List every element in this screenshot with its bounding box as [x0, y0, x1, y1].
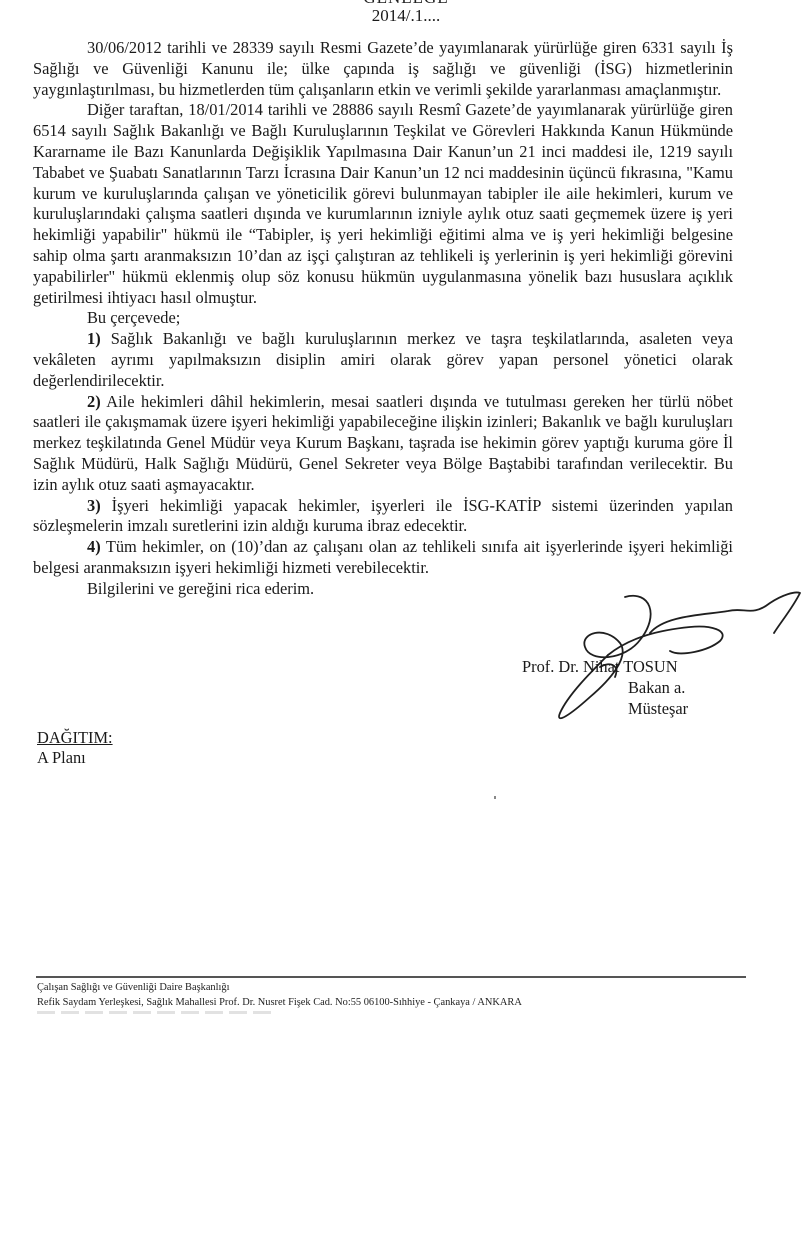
paragraph-closing: Bilgilerini ve gereğini rica ederim. — [33, 579, 733, 600]
paragraph-text: Bilgilerini ve gereğini rica ederim. — [87, 579, 314, 598]
document-page: GENELGE 2014/.1.... 30/06/2012 tarihli v… — [0, 0, 812, 1242]
distribution-section: DAĞITIM: A Planı — [37, 728, 113, 768]
footer-faded-contact-line — [37, 1011, 277, 1014]
document-number: 2014/.1.... — [0, 6, 812, 26]
footer: Çalışan Sağlığı ve Güvenliği Daire Başka… — [37, 980, 522, 1010]
footer-address: Refik Saydam Yerleşkesi, Sağlık Mahalles… — [37, 995, 522, 1010]
paragraph-text: Sağlık Bakanlığı ve bağlı kuruluşlarının… — [33, 329, 733, 390]
signatory-title: Müsteşar — [522, 699, 688, 720]
paragraph-item-3: 3) İşyeri hekimliği yapacak hekimler, iş… — [33, 496, 733, 538]
paragraph-text: Aile hekimleri dâhil hekimlerin, mesai s… — [33, 392, 733, 494]
paragraph-text: Diğer taraftan, 18/01/2014 tarihli ve 28… — [33, 100, 733, 306]
item-number: 1) — [87, 329, 101, 348]
paragraph-text: İşyeri hekimliği yapacak hekimler, işyer… — [33, 496, 733, 536]
footer-department: Çalışan Sağlığı ve Güvenliği Daire Başka… — [37, 980, 522, 995]
paragraph-item-4: 4) Tüm hekimler, on (10)’dan az çalışanı… — [33, 537, 733, 579]
scan-speck — [494, 796, 496, 799]
document-body: 30/06/2012 tarihli ve 28339 sayılı Resmi… — [33, 38, 733, 600]
item-number: 3) — [87, 496, 101, 515]
paragraph-text: Tüm hekimler, on (10)’dan az çalışanı ol… — [33, 537, 733, 577]
paragraph-text: 30/06/2012 tarihli ve 28339 sayılı Resmi… — [33, 38, 733, 99]
item-number: 4) — [87, 537, 101, 556]
signatory-on-behalf: Bakan a. — [522, 678, 688, 699]
distribution-item: A Planı — [37, 748, 113, 768]
signature-block: Prof. Dr. Nihat TOSUN Bakan a. Müsteşar — [522, 657, 688, 719]
paragraph-item-1: 1) Sağlık Bakanlığı ve bağlı kuruluşları… — [33, 329, 733, 391]
paragraph-context: Diğer taraftan, 18/01/2014 tarihli ve 28… — [33, 100, 733, 308]
paragraph-intro: 30/06/2012 tarihli ve 28339 sayılı Resmi… — [33, 38, 733, 100]
distribution-title: DAĞITIM: — [37, 728, 113, 748]
paragraph-item-2: 2) Aile hekimleri dâhil hekimlerin, mesa… — [33, 392, 733, 496]
signatory-name: Prof. Dr. Nihat TOSUN — [522, 657, 688, 678]
item-number: 2) — [87, 392, 101, 411]
footer-divider — [36, 976, 746, 978]
paragraph-framework: Bu çerçevede; — [33, 308, 733, 329]
paragraph-text: Bu çerçevede; — [87, 308, 180, 327]
